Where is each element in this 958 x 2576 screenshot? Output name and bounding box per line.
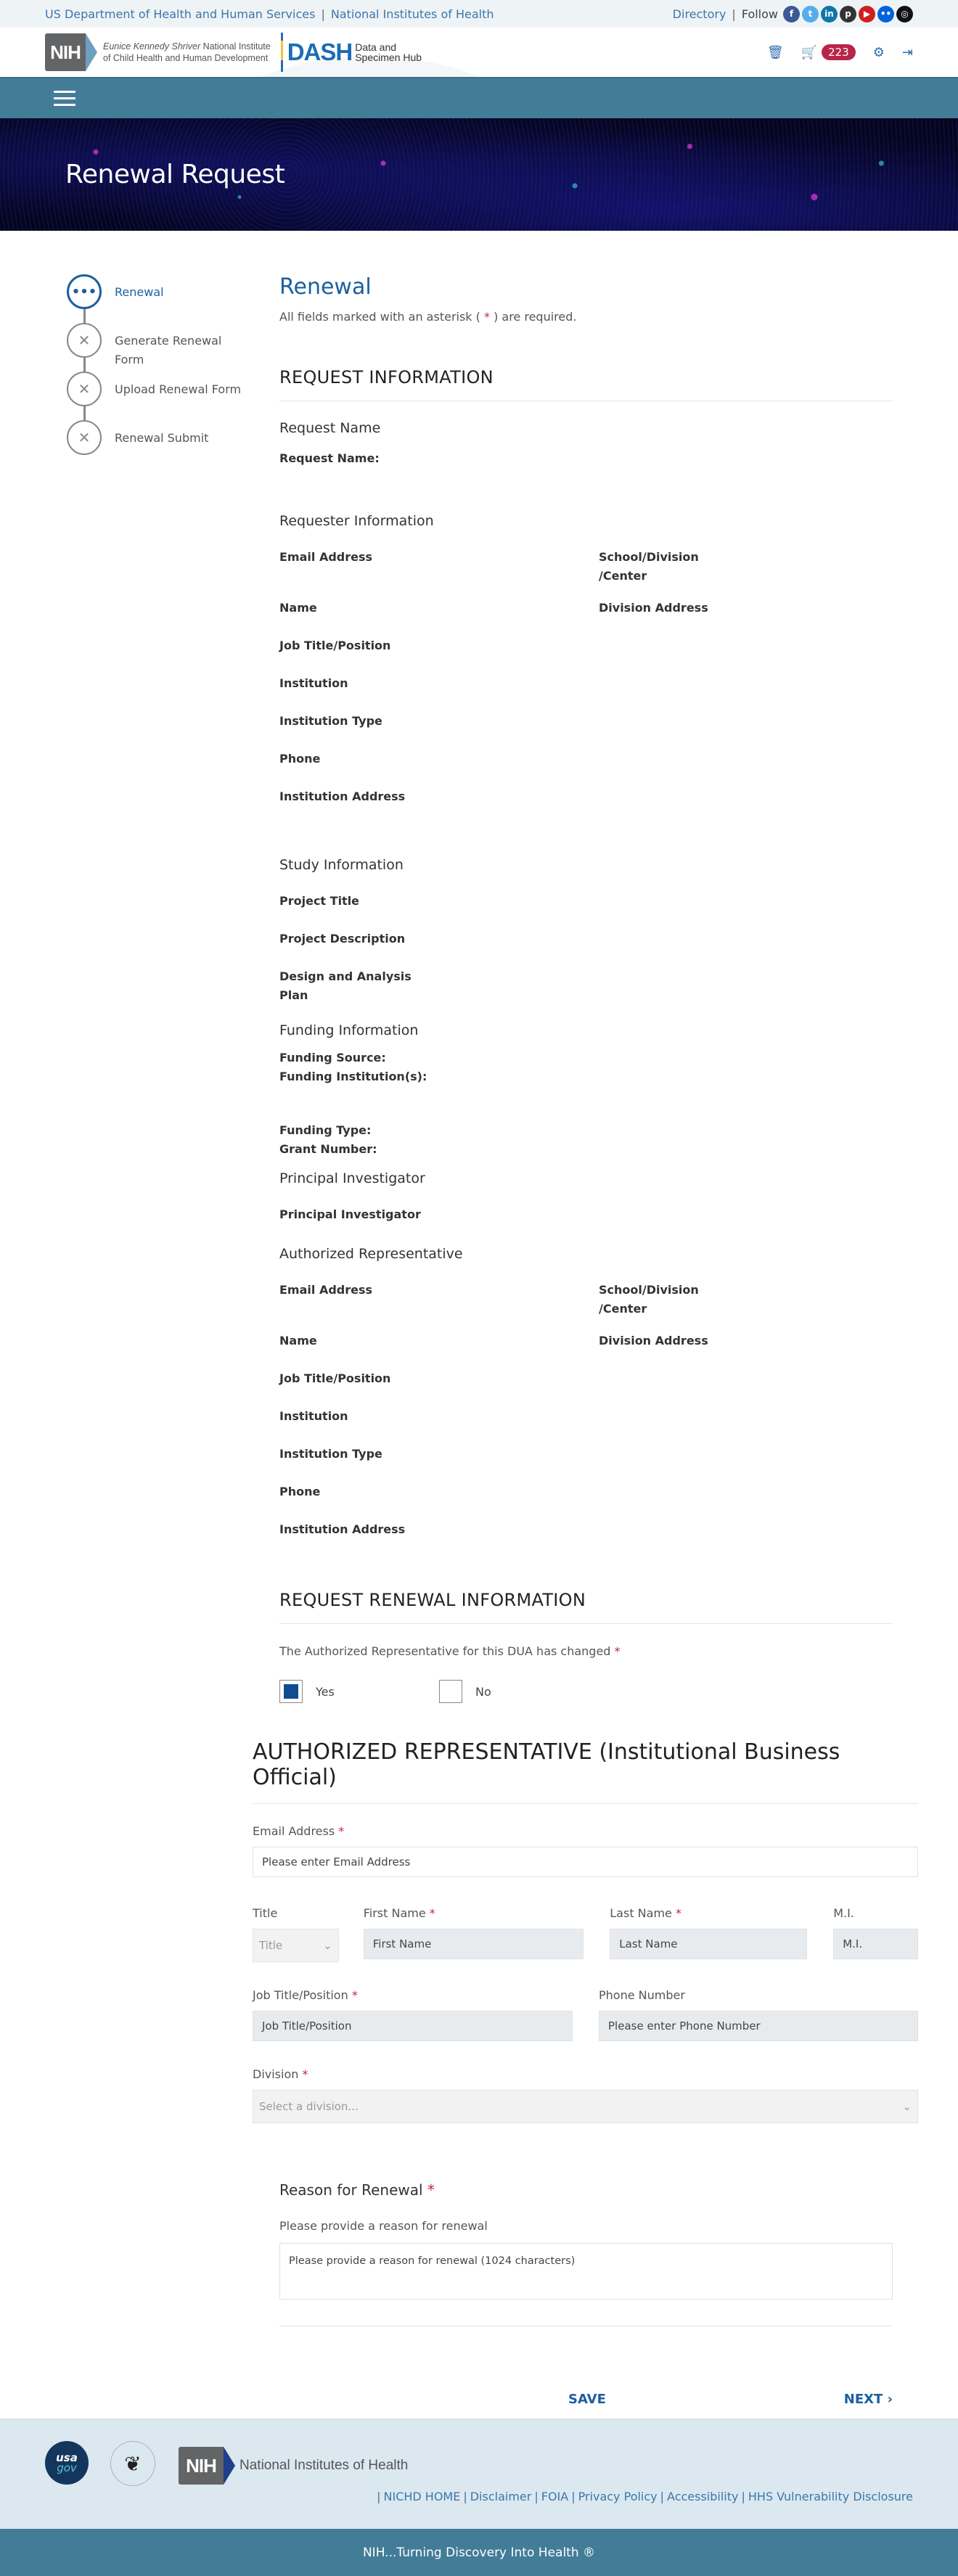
institution-address-label: Institution Address <box>279 1520 599 1539</box>
cart-icon[interactable]: 🛒 <box>801 45 817 60</box>
title-group: Title Title⌄ <box>253 1906 339 1962</box>
separator: | <box>571 2490 575 2503</box>
hero-title: Renewal Request <box>65 160 284 189</box>
footer-links: |NICHD HOME|Disclaimer|FOIA|Privacy Poli… <box>374 2490 913 2503</box>
ar-changed-options: Yes No <box>279 1680 893 1703</box>
progress-stepper: ••• Renewal✕ Generate Renewal Form✕ Uplo… <box>67 274 255 469</box>
twitter-icon[interactable]: t <box>802 6 819 22</box>
school-division-label: School/Division/Center <box>599 548 893 586</box>
cart-count-badge[interactable]: 223 <box>822 44 856 60</box>
last-name-label: Last Name * <box>610 1906 807 1920</box>
reason-heading: Reason for Renewal * <box>279 2181 893 2199</box>
institution-type-label: Institution Type <box>279 712 599 731</box>
step-generate-renewal-form[interactable]: ✕ Generate Renewal Form <box>67 323 255 372</box>
facebook-icon[interactable]: f <box>783 6 800 22</box>
brand-header: NIH Eunice Kennedy Shriver National Inst… <box>0 28 958 77</box>
required-note-text: ) are required. <box>490 310 577 324</box>
step-label: Generate Renewal Form <box>115 332 253 369</box>
no-checkbox[interactable] <box>439 1680 462 1703</box>
authorized-rep-fields: Email AddressNameJob Title/PositionInsti… <box>279 1262 893 1539</box>
authorized-representative-heading: Authorized Representative <box>279 1246 893 1262</box>
phone-label: Phone <box>279 1482 599 1501</box>
hhs-link[interactable]: US Department of Health and Human Servic… <box>45 7 315 21</box>
footer-link-privacy-policy[interactable]: Privacy Policy <box>578 2490 658 2503</box>
first-name-group: First Name * First Name <box>364 1906 584 1962</box>
nih-name: National Institutes of Health <box>239 2458 408 2474</box>
name-label: Name <box>279 599 599 618</box>
step-label: Renewal Submit <box>115 429 253 448</box>
job-title-label: Job Title/Position * <box>253 1988 573 2002</box>
institute-name-italic: Eunice Kennedy Shriver <box>103 41 200 52</box>
name-row: Title Title⌄ First Name * First Name Las… <box>253 1906 918 1962</box>
main-content: ••• Renewal✕ Generate Renewal Form✕ Uplo… <box>0 231 958 2428</box>
principal-investigator-heading: Principal Investigator <box>279 1170 893 1186</box>
step-renewal[interactable]: ••• Renewal <box>67 274 255 323</box>
linkedin-icon[interactable]: in <box>821 6 838 22</box>
phone-input[interactable]: Please enter Phone Number <box>599 2011 918 2041</box>
email-address-label: Email Address <box>279 548 599 567</box>
pinterest-icon[interactable]: p <box>840 6 856 22</box>
grant-number-label: Grant Number: <box>279 1140 893 1159</box>
request-name-heading: Request Name <box>279 420 893 436</box>
requester-left-column: Email AddressNameJob Title/PositionInsti… <box>279 529 599 806</box>
step-upload-renewal-form[interactable]: ✕ Upload Renewal Form <box>67 372 255 420</box>
job-title-position-label: Job Title/Position <box>279 1369 599 1388</box>
institution-label: Institution <box>279 674 599 693</box>
last-name-input[interactable]: Last Name <box>610 1929 807 1959</box>
required-asterisk: * <box>484 310 490 324</box>
chevron-down-icon: ⌄ <box>902 2100 912 2113</box>
hero-banner: Renewal Request <box>0 118 958 231</box>
step-label: Upload Renewal Form <box>115 380 253 399</box>
nih-logo-box: NIH <box>45 33 86 71</box>
request-name-label: Request Name: <box>279 449 893 468</box>
division-address-label: Division Address <box>599 599 893 618</box>
nih-chevron-icon <box>86 33 97 71</box>
instagram-icon[interactable]: ◎ <box>896 6 913 22</box>
first-name-label: First Name * <box>364 1906 584 1920</box>
requester-information-heading: Requester Information <box>279 513 893 529</box>
reason-section: Reason for Renewal * Please provide a re… <box>279 2181 893 2428</box>
incomplete-x-icon: ✕ <box>67 420 102 455</box>
settings-gear-icon[interactable]: ⚙ <box>873 45 885 60</box>
required-note: All fields marked with an asterisk ( * )… <box>279 310 893 324</box>
job-title-position-label: Job Title/Position <box>279 636 599 655</box>
authorized-rep-right-column: School/Division/Center Division Address <box>599 1262 893 1539</box>
flickr-icon[interactable]: •• <box>877 6 894 22</box>
footer-tagline: NIH...Turning Discovery Into Health ® <box>0 2529 958 2576</box>
social-links: ftinp▶••◎ <box>781 6 913 22</box>
footer-link-nichd-home[interactable]: NICHD HOME <box>384 2490 461 2503</box>
footer: usagov ❦ NIH National Institutes of Heal… <box>0 2419 958 2529</box>
title-label: Title <box>253 1906 339 1920</box>
division-select[interactable]: Select a division...⌄ <box>253 2090 918 2123</box>
footer-nih-logo[interactable]: NIH National Institutes of Health <box>179 2447 408 2485</box>
design-analysis-plan-label: Design and AnalysisPlan <box>279 967 893 1005</box>
phone-label: Phone <box>279 750 599 768</box>
separator: | <box>377 2490 380 2503</box>
division-label: Division * <box>253 2067 918 2081</box>
phone-label: Phone Number <box>599 1988 918 2002</box>
institution-address-label: Institution Address <box>279 787 599 806</box>
incomplete-x-icon: ✕ <box>67 323 102 358</box>
phone-group: Phone Number Please enter Phone Number <box>599 1988 918 2041</box>
mi-group: M.I. M.I. <box>833 1906 918 1962</box>
footer-link-foia[interactable]: FOIA <box>541 2490 568 2503</box>
requester-right-column: School/Division/Center Division Address <box>599 529 893 806</box>
funding-information-heading: Funding Information <box>279 1022 893 1038</box>
study-information-heading: Study Information <box>279 857 893 873</box>
incomplete-x-icon: ✕ <box>67 372 102 406</box>
institute-name-line2: of Child Health and Human Development <box>103 53 268 63</box>
reason-textarea[interactable]: Please provide a reason for renewal (102… <box>279 2243 893 2300</box>
chevron-right-icon: › <box>888 2392 893 2407</box>
no-label: No <box>475 1685 491 1699</box>
funding-institutions-label: Funding Institution(s): <box>279 1067 893 1086</box>
in-progress-icon: ••• <box>67 274 102 309</box>
job-title-group: Job Title/Position * Job Title/Position <box>253 1988 573 2041</box>
nih-logo-box: NIH <box>179 2447 224 2485</box>
institute-name: Eunice Kennedy Shriver National Institut… <box>103 41 271 64</box>
gov-top-bar: US Department of Health and Human Servic… <box>0 0 958 28</box>
ar-changed-no[interactable]: No <box>439 1680 599 1703</box>
principal-investigator-label: Principal Investigator <box>279 1205 893 1224</box>
request-renewal-section: REQUEST RENEWAL INFORMATION The Authoriz… <box>279 1590 893 1703</box>
gov-bar-right: Directory | Follow ftinp▶••◎ <box>673 6 913 22</box>
next-button[interactable]: NEXT › <box>844 2392 893 2407</box>
separator: | <box>463 2490 467 2503</box>
dash-subtitle-line2: Specimen Hub <box>355 52 422 62</box>
separator: | <box>732 7 735 21</box>
step-label: Renewal <box>115 283 253 302</box>
nih-chevron-icon <box>224 2447 235 2485</box>
funding-source-label: Funding Source: <box>279 1049 893 1067</box>
nih-link[interactable]: National Institutes of Health <box>331 7 494 21</box>
required-note-text: All fields marked with an asterisk ( <box>279 310 484 324</box>
school-division-label: School/Division/Center <box>599 1281 893 1318</box>
division-address-label: Division Address <box>599 1332 893 1350</box>
chevron-down-icon: ⌄ <box>323 1939 332 1952</box>
email-label: Email Address * <box>253 1824 918 1838</box>
footer-link-hhs-vulnerability-disclosure[interactable]: HHS Vulnerability Disclosure <box>748 2490 913 2503</box>
save-button[interactable]: SAVE <box>568 2392 606 2407</box>
job-title-input[interactable]: Job Title/Position <box>253 2011 573 2041</box>
job-phone-row: Job Title/Position * Job Title/Position … <box>253 1988 918 2041</box>
last-name-group: Last Name * Last Name <box>610 1906 807 1962</box>
project-title-label: Project Title <box>279 892 893 911</box>
follow-label: Follow <box>742 7 778 21</box>
logo-divider <box>281 33 283 72</box>
usagov-logo[interactable]: usagov <box>45 2441 89 2485</box>
institution-type-label: Institution Type <box>279 1445 599 1464</box>
title-select-value: Title <box>259 1939 282 1952</box>
ar-changed-yes[interactable]: Yes <box>279 1680 439 1703</box>
first-name-input[interactable]: First Name <box>364 1929 584 1959</box>
hhs-eagle-logo[interactable]: ❦ <box>110 2441 155 2486</box>
separator: | <box>660 2490 664 2503</box>
dash-subtitle-line1: Data and <box>355 42 422 52</box>
email-address-label: Email Address <box>279 1281 599 1300</box>
name-label: Name <box>279 1332 599 1350</box>
separator: | <box>321 7 324 21</box>
authorized-rep-form-heading: AUTHORIZED REPRESENTATIVE (Institutional… <box>253 1739 918 1804</box>
email-input[interactable]: Please enter Email Address <box>253 1847 918 1877</box>
header-actions: 🗑 🛒 223 ⚙ ⇥ <box>750 44 913 60</box>
institution-label: Institution <box>279 1407 599 1426</box>
authorized-rep-form: AUTHORIZED REPRESENTATIVE (Institutional… <box>253 1739 918 2123</box>
yes-label: Yes <box>316 1685 335 1699</box>
request-basket-icon[interactable]: 🗑 <box>767 45 784 60</box>
mi-input[interactable]: M.I. <box>833 1929 918 1959</box>
separator: | <box>741 2490 745 2503</box>
reason-label: Please provide a reason for renewal <box>279 2219 893 2233</box>
ar-changed-question: The Authorized Representative for this D… <box>279 1644 893 1658</box>
request-information-heading: REQUEST INFORMATION <box>279 367 893 401</box>
separator: | <box>534 2490 538 2503</box>
request-renewal-heading: REQUEST RENEWAL INFORMATION <box>279 1590 893 1624</box>
mi-label: M.I. <box>833 1906 918 1920</box>
requester-fields: Email AddressNameJob Title/PositionInsti… <box>279 529 893 806</box>
directory-link[interactable]: Directory <box>673 7 726 21</box>
renewal-form: Renewal All fields marked with an asteri… <box>279 274 893 1703</box>
nichd-logo[interactable]: NIH Eunice Kennedy Shriver National Inst… <box>45 33 271 71</box>
authorized-rep-left-column: Email AddressNameJob Title/PositionInsti… <box>279 1262 599 1539</box>
login-icon[interactable]: ⇥ <box>902 45 913 60</box>
step-renewal-submit[interactable]: ✕ Renewal Submit <box>67 420 255 469</box>
dash-logo[interactable]: DASH <box>287 38 353 66</box>
nav-bar <box>0 77 958 118</box>
page-heading: Renewal <box>279 274 893 300</box>
youtube-icon[interactable]: ▶ <box>859 6 875 22</box>
footer-link-disclaimer[interactable]: Disclaimer <box>470 2490 532 2503</box>
hamburger-menu-icon[interactable] <box>54 91 75 106</box>
title-select[interactable]: Title⌄ <box>253 1929 339 1962</box>
project-description-label: Project Description <box>279 930 893 948</box>
funding-type-label: Funding Type: <box>279 1121 893 1140</box>
footer-link-accessibility[interactable]: Accessibility <box>667 2490 738 2503</box>
division-select-value: Select a division... <box>259 2100 359 2113</box>
email-group: Email Address * Please enter Email Addre… <box>253 1824 918 1877</box>
institute-name-line1: National Institute <box>200 41 271 52</box>
yes-checkbox[interactable] <box>279 1680 303 1703</box>
dash-subtitle: Data and Specimen Hub <box>355 42 422 62</box>
form-actions: SAVE NEXT › <box>279 2326 893 2428</box>
division-group: Division * Select a division...⌄ <box>253 2067 918 2123</box>
